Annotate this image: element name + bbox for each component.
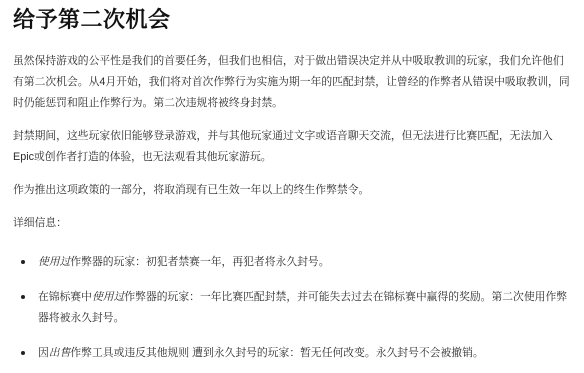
paragraph: 封禁期间，这些玩家依旧能够登录游戏，并与其他玩家通过文字或语音聊天交流，但无法进… [13, 126, 570, 168]
list-item-prefix: 在锦标赛中 [38, 291, 92, 303]
list-item: 因出售作弊工具或违反其他规则 遭到永久封号的玩家：暂无任何改变。永久封号不会被撤… [13, 343, 570, 364]
details-label: 详细信息： [13, 213, 570, 234]
list-item-italic-term: 使用过 [92, 291, 124, 303]
list-item: 使用过作弊器的玩家：初犯者禁赛一年，再犯者将永久封号。 [13, 252, 570, 273]
list-item-prefix: 因 [38, 347, 49, 359]
list-item-italic-term: 使用过 [38, 256, 70, 268]
list-item-text: 作弊器的玩家：初犯者禁赛一年，再犯者将永久封号。 [70, 256, 329, 268]
list-item: 在锦标赛中使用过作弊器的玩家：一年比赛匹配封禁，并可能失去过去在锦标赛中赢得的奖… [13, 287, 570, 329]
page-title: 给予第二次机会 [13, 8, 570, 32]
article-page: 给予第二次机会 虽然保持游戏的公平性是我们的首要任务，但我们也相信，对于做出错误… [0, 0, 584, 373]
intro-paragraphs: 虽然保持游戏的公平性是我们的首要任务，但我们也相信，对于做出错误决定并从中吸取教… [13, 51, 570, 201]
policy-list: 使用过作弊器的玩家：初犯者禁赛一年，再犯者将永久封号。在锦标赛中使用过作弊器的玩… [13, 252, 570, 364]
list-item-text: 作弊工具或违反其他规则 遭到永久封号的玩家：暂无任何改变。永久封号不会被撤销。 [70, 347, 483, 359]
list-item-italic-term: 出售 [49, 347, 71, 359]
paragraph: 作为推出这项政策的一部分，将取消现有已生效一年以上的终生作弊禁令。 [13, 180, 570, 201]
paragraph: 虽然保持游戏的公平性是我们的首要任务，但我们也相信，对于做出错误决定并从中吸取教… [13, 51, 570, 114]
